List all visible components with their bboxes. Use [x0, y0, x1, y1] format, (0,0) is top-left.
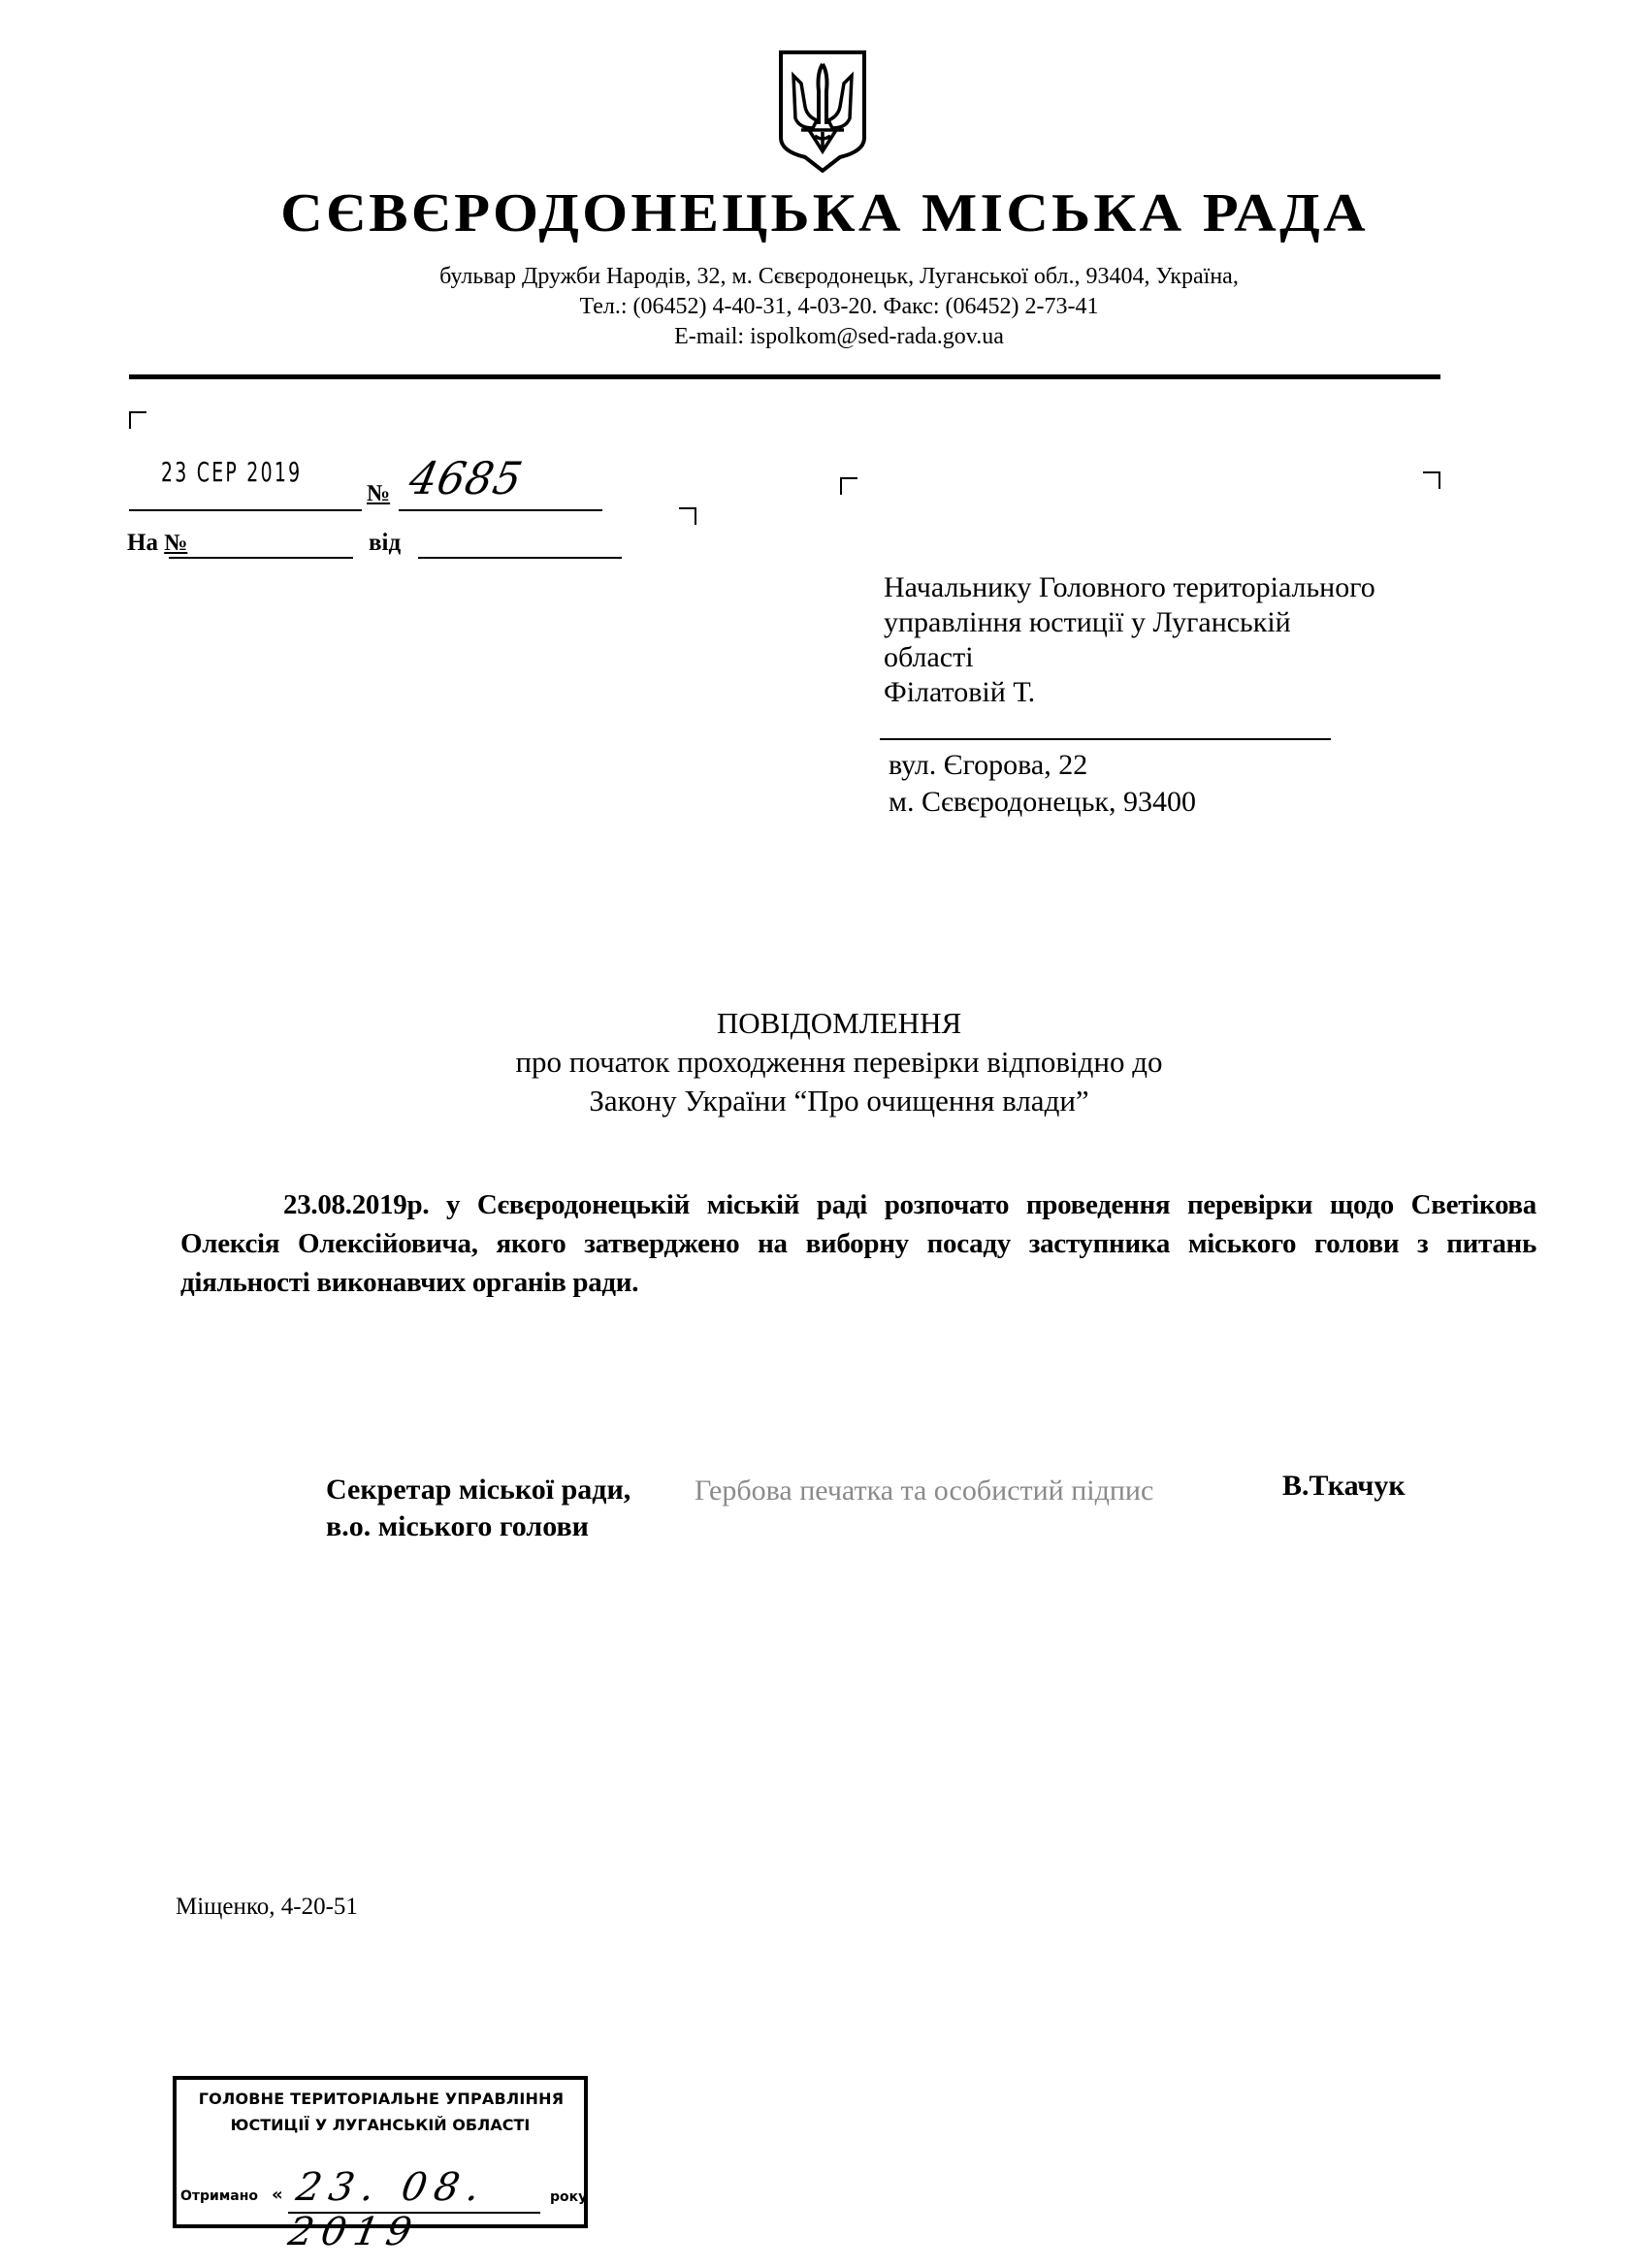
notice-subtitle: про початок проходження перевірки відпов…: [29, 1043, 1649, 1082]
reply-number-field-line: [169, 557, 353, 559]
number-sign: №: [367, 481, 390, 507]
stamp-quote: «: [272, 2185, 283, 2205]
organization-email: E-mail: ispolkom@sed-rada.gov.ua: [0, 322, 1649, 351]
seal-and-signature-note: Гербова печатка та особистий підпис: [695, 1474, 1153, 1507]
coat-of-arms-icon: [778, 49, 867, 173]
stamp-org-line: ЮСТИЦІЇ У ЛУГАНСЬКІЙ ОБЛАСТІ: [177, 2116, 584, 2134]
notice-heading: ПОВІДОМЛЕННЯ про початок проходження пер…: [0, 1004, 1649, 1120]
outgoing-number: 4685: [404, 452, 528, 504]
corner-bracket-icon: [679, 507, 696, 525]
date-field-line: [129, 509, 362, 511]
stamp-org-line: ГОЛОВНЕ ТЕРИТОРІАЛЬНЕ УПРАВЛІННЯ: [182, 2090, 580, 2108]
reply-from-label: від: [369, 530, 401, 557]
organization-address: бульвар Дружби Народів, 32, м. Сєвєродон…: [0, 262, 1649, 291]
corner-bracket-icon: [840, 477, 857, 495]
body-paragraph: 23.08.2019р. у Сєвєродонецькій міській р…: [180, 1185, 1536, 1302]
notice-title: ПОВІДОМЛЕННЯ: [29, 1004, 1649, 1043]
addressee-address: вул. Єгорова, 22 м. Сєвєродонецьк, 93400: [889, 747, 1196, 821]
signatory-name: В.Ткачук: [1282, 1470, 1406, 1503]
number-field-line: [399, 509, 602, 511]
stamp-received-date: 23. 08. 2019: [285, 2165, 592, 2254]
reply-to-label: На №: [127, 530, 187, 557]
addressee-city: м. Сєвєродонецьк, 93400: [889, 784, 1196, 821]
notice-subtitle: Закону України “Про очищення влади”: [29, 1082, 1649, 1120]
stamp-date-underline: [288, 2212, 540, 2214]
incoming-registration-stamp: ГОЛОВНЕ ТЕРИТОРІАЛЬНЕ УПРАВЛІННЯ ЮСТИЦІЇ…: [173, 2076, 588, 2228]
executor-contact: Міщенко, 4-20-51: [176, 1894, 358, 1921]
addressee-divider: [880, 738, 1331, 740]
organization-name: СЄВЄРОДОНЕЦЬКА МІСЬКА РАДА: [0, 182, 1649, 244]
organization-phones: Тел.: (06452) 4-40-31, 4-03-20. Факс: (0…: [0, 292, 1649, 321]
signatory-role: Секретар міської ради, в.о. міського гол…: [326, 1472, 630, 1545]
outgoing-date-stamp: 23 СЕР 2019: [161, 456, 302, 488]
addressee-line: Начальнику Головного територіального: [884, 570, 1375, 605]
stamp-year-suffix: року: [550, 2189, 587, 2205]
addressee-name: Філатовій Т.: [884, 675, 1375, 710]
reply-date-field-line: [418, 557, 622, 559]
letterhead-divider: [129, 374, 1440, 379]
addressee-line: області: [884, 640, 1375, 675]
addressee-line: управління юстиції у Луганській: [884, 605, 1375, 640]
addressee-block: Начальнику Головного територіального упр…: [884, 570, 1375, 710]
corner-bracket-icon: [129, 411, 146, 429]
addressee-street: вул. Єгорова, 22: [889, 747, 1196, 784]
stamp-received-label: Отримано: [180, 2188, 258, 2204]
corner-bracket-icon: [1423, 471, 1440, 489]
